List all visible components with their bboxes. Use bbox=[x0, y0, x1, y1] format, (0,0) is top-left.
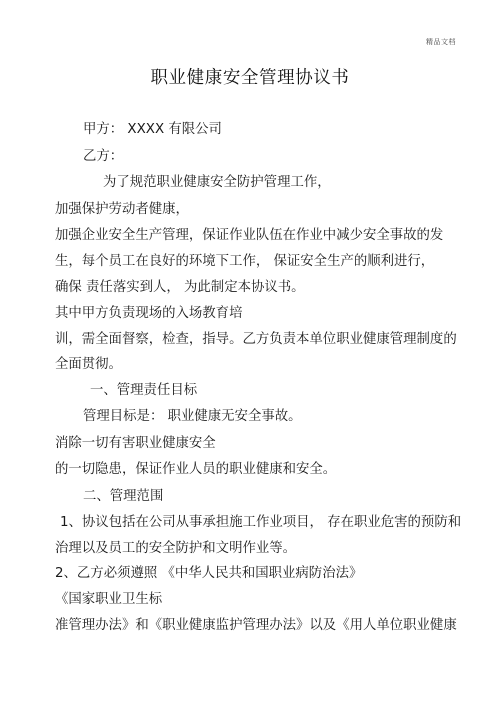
body-line: 治理以及员工的安全防护和文明作业等。 bbox=[55, 537, 296, 556]
body-line: 管理目标是： 职业健康无安全事故。 bbox=[83, 405, 302, 424]
body-line: 消除一切有害职业健康安全 bbox=[55, 432, 216, 451]
body-line: 全面贯彻。 bbox=[55, 353, 122, 372]
section-heading-2: 二、管理范围 bbox=[83, 485, 163, 504]
body-line: 的一切隐患，保证作业人员的职业健康和安全。 bbox=[55, 458, 336, 477]
body-line: 其中甲方负责现场的入场教育培 bbox=[55, 302, 242, 321]
body-line: 1、协议包括在公司从事承担施工作业项目， 存在职业危害的预防和 bbox=[60, 511, 461, 530]
body-line: 确保 责任落实到人， 为此制定本协议书。 bbox=[55, 276, 305, 295]
body-line: 加强企业安全生产管理，保证作业队伍在作业中减少安全事故的发 bbox=[55, 224, 443, 243]
body-line: 为了规范职业健康安全防护管理工作， bbox=[103, 171, 331, 190]
party-a-line: 甲方： XXXX 有限公司 bbox=[83, 118, 222, 137]
section-heading-1: 一、管理责任目标 bbox=[90, 379, 197, 398]
document-title: 职业健康安全管理协议书 bbox=[0, 64, 500, 89]
body-line: 生，每个员工在良好的环境下工作， 保证安全生产的顺利进行， bbox=[55, 250, 434, 269]
body-line: 加强保护劳动者健康， bbox=[55, 198, 189, 217]
body-line: 《国家职业卫生标 bbox=[55, 588, 162, 607]
body-line: 2、乙方必须遵照 《中华人民共和国职业病防治法》 bbox=[55, 562, 362, 581]
body-line: 训，需全面督察，检查，指导。乙方负责本单位职业健康管理制度的 bbox=[55, 328, 457, 347]
party-b-line: 乙方： bbox=[83, 145, 123, 164]
body-line: 准管理办法》和《职业健康监护管理办法》以及《用人单位职业健康 bbox=[55, 614, 457, 633]
document-badge: 精品文档 bbox=[426, 37, 456, 47]
